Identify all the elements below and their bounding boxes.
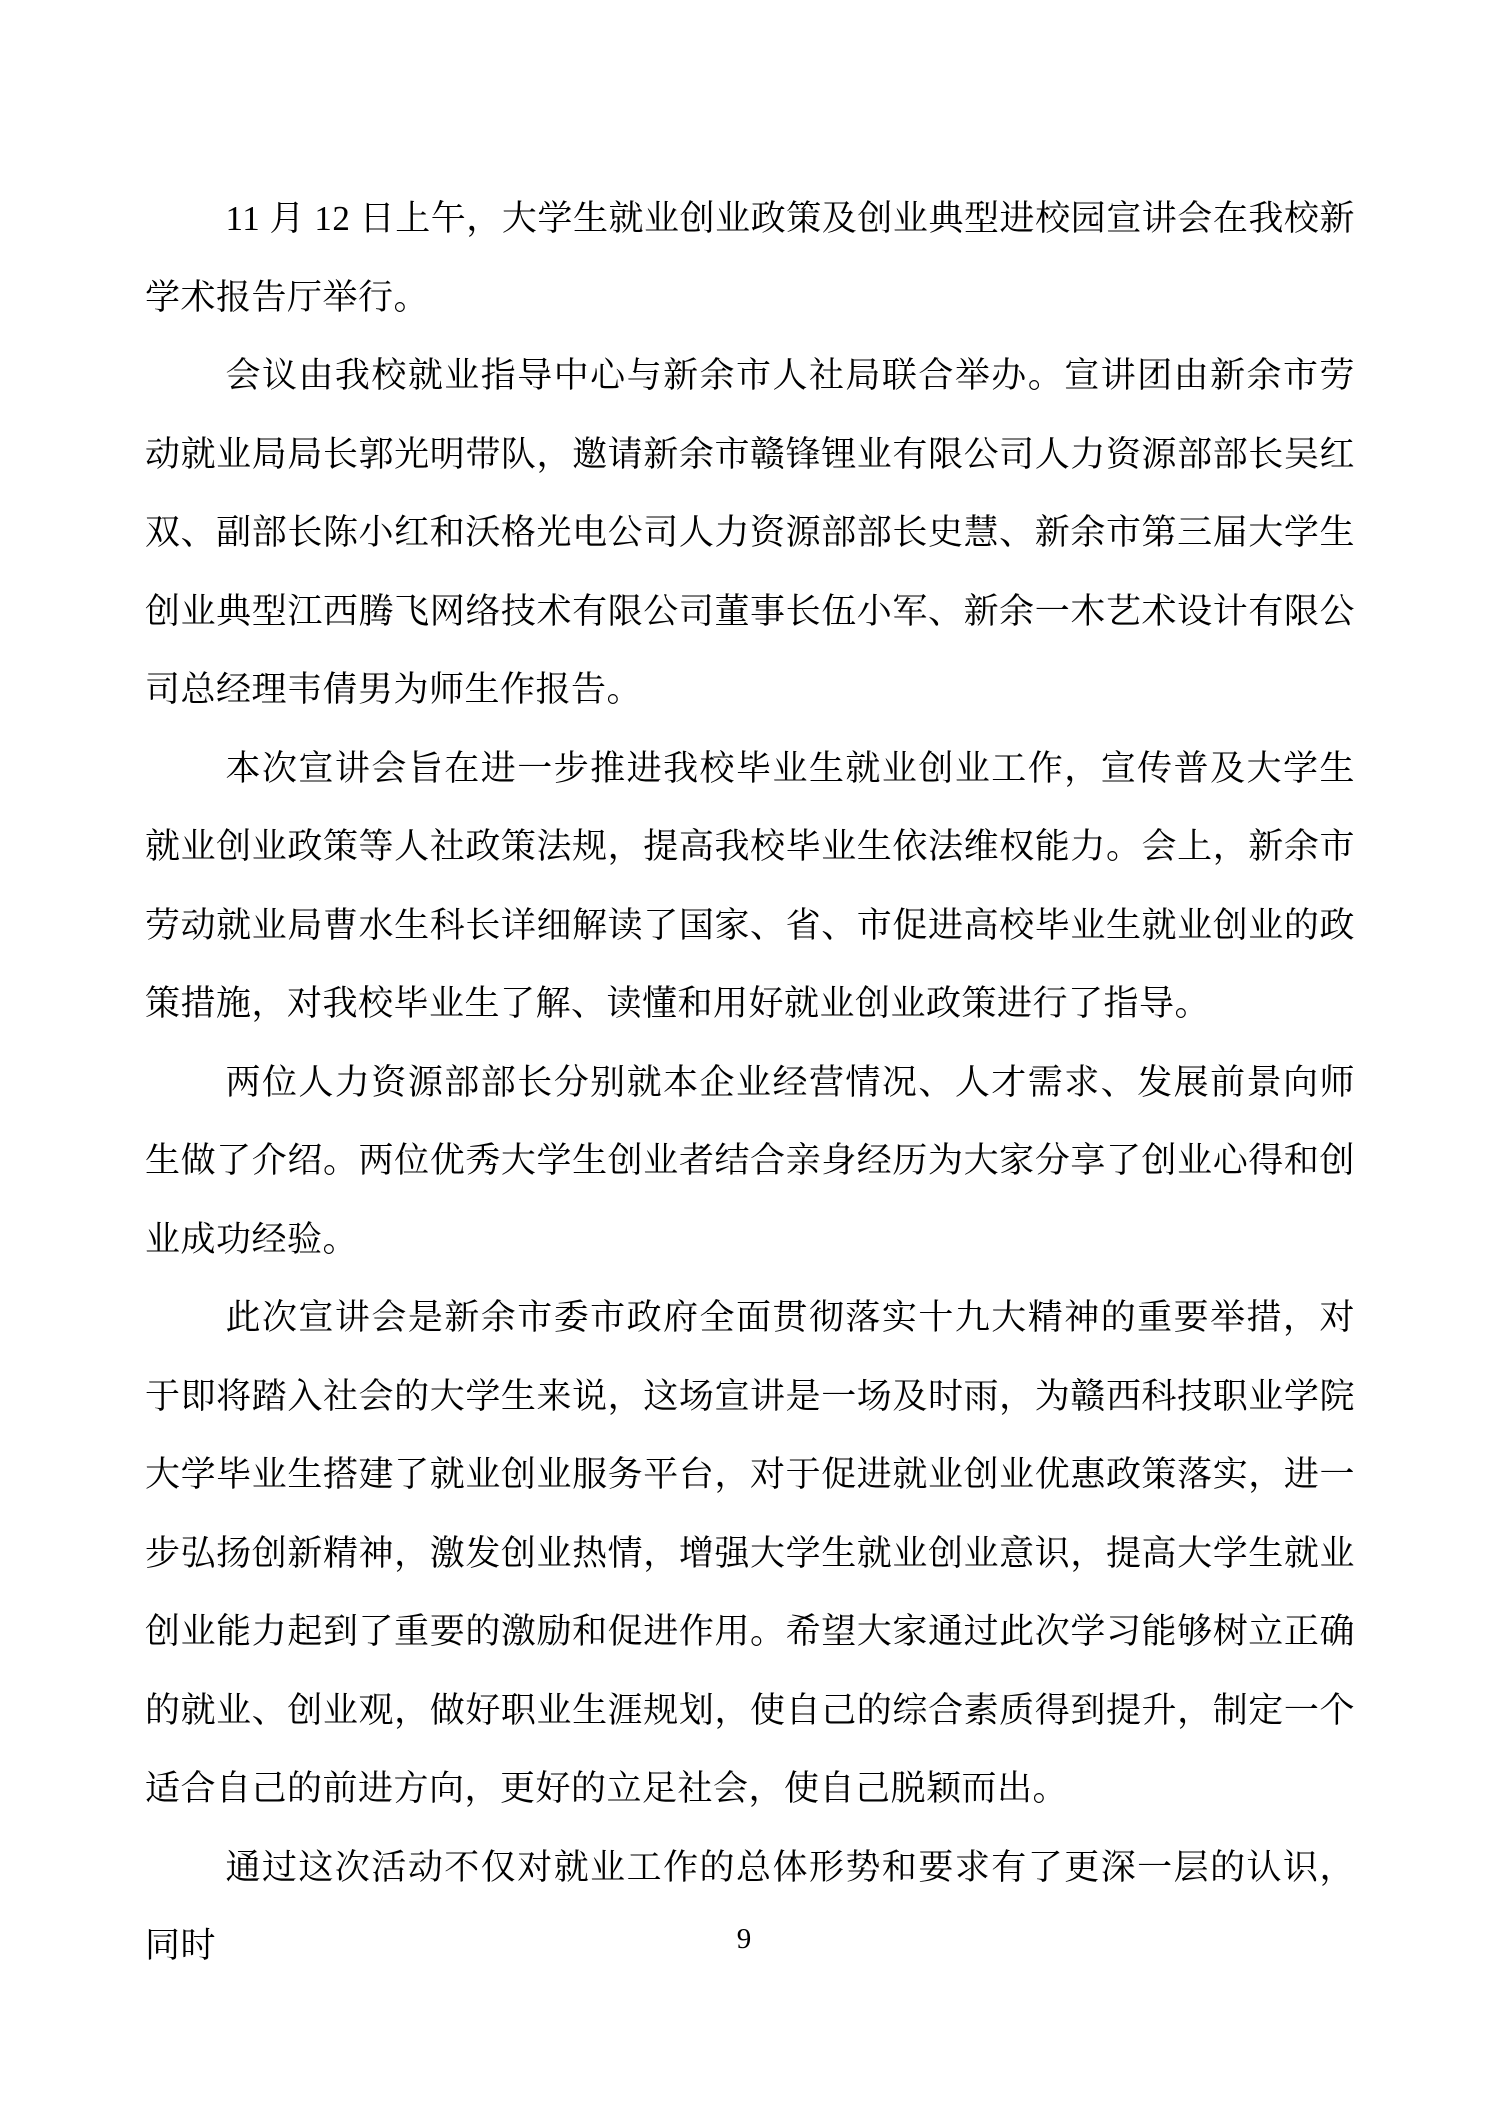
paragraph: 本次宣讲会旨在进一步推进我校毕业生就业创业工作，宣传普及大学生就业创业政策等人社… [145,730,1355,1044]
document-page: 11 月 12 日上午，大学生就业创业政策及创业典型进校园宣讲会在我校新学术报告… [0,0,1488,2105]
paragraph: 通过这次活动不仅对就业工作的总体形势和要求有了更深一层的认识，同时 [145,1829,1355,1986]
paragraph: 此次宣讲会是新余市委市政府全面贯彻落实十九大精神的重要举措，对于即将踏入社会的大… [145,1279,1355,1829]
paragraph: 11 月 12 日上午，大学生就业创业政策及创业典型进校园宣讲会在我校新学术报告… [145,180,1355,337]
page-number: 9 [0,1922,1488,1956]
document-body: 11 月 12 日上午，大学生就业创业政策及创业典型进校园宣讲会在我校新学术报告… [145,180,1355,1986]
paragraph: 会议由我校就业指导中心与新余市人社局联合举办。宣讲团由新余市劳动就业局局长郭光明… [145,337,1355,730]
paragraph: 两位人力资源部部长分别就本企业经营情况、人才需求、发展前景向师生做了介绍。两位优… [145,1044,1355,1280]
